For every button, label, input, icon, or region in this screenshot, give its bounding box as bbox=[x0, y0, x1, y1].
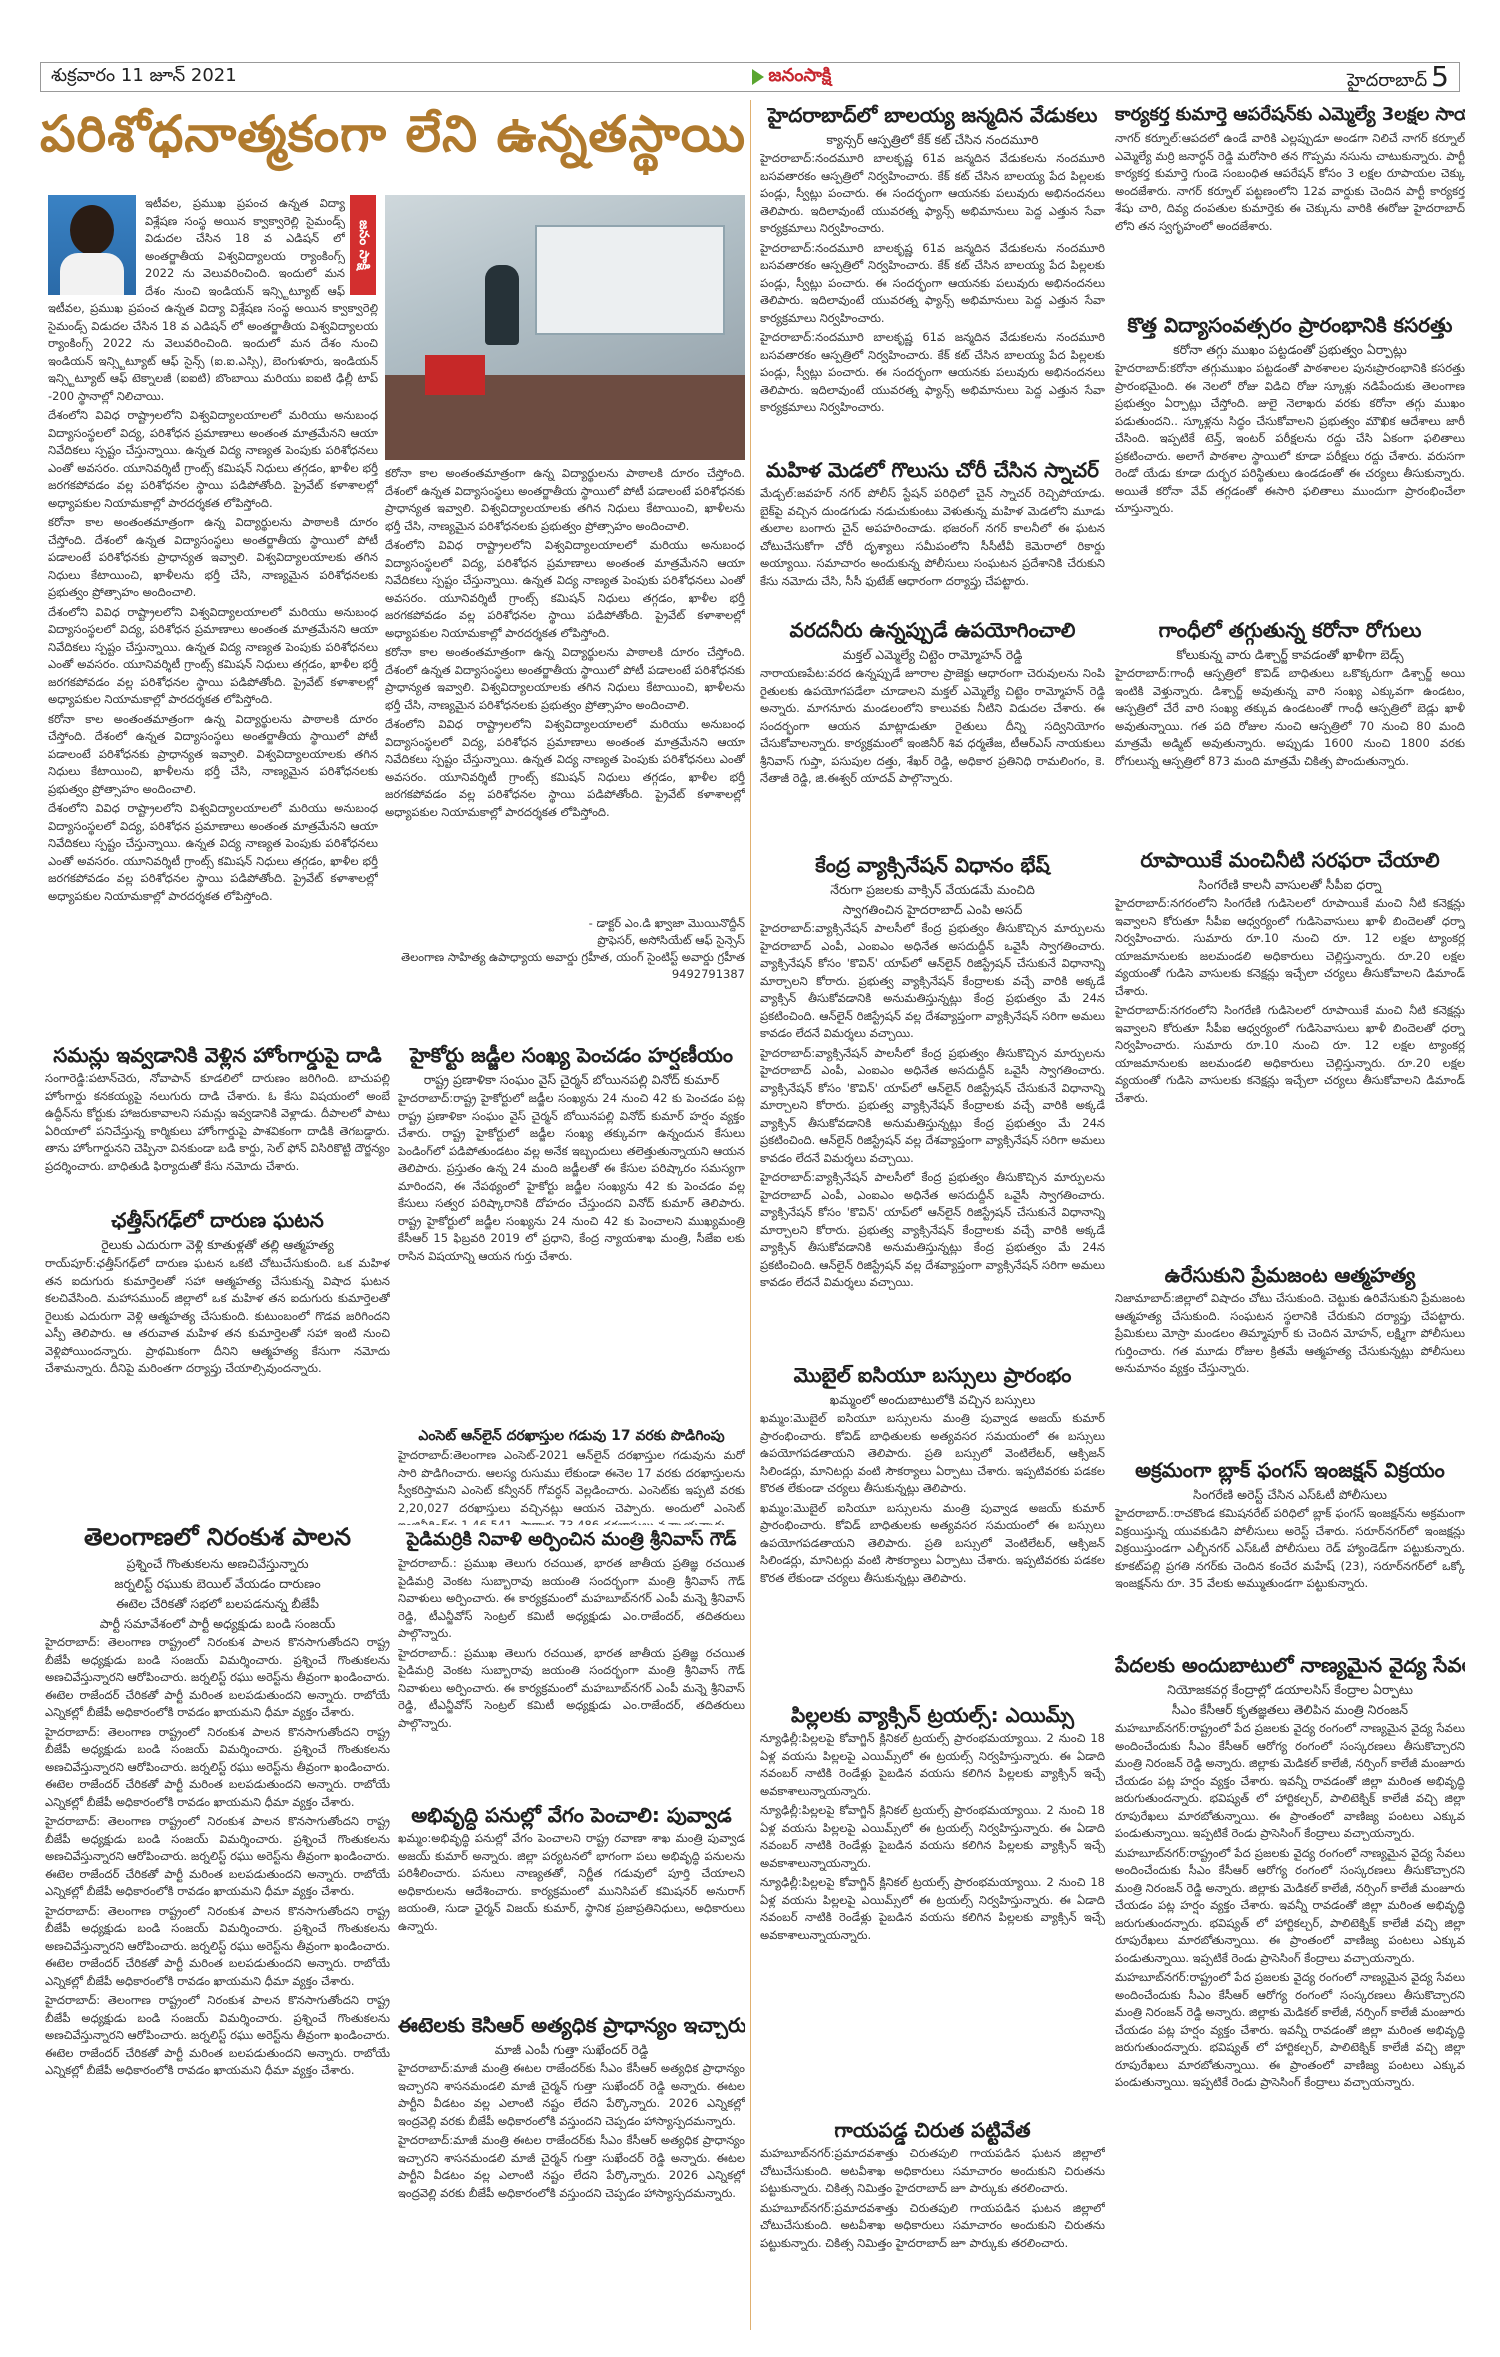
article-mla-help: కార్యకర్త కుమార్తె ఆపరేషన్‌కు ఎమ్మెల్యే … bbox=[1115, 100, 1465, 305]
lead-headline: పరిశోధనాత్మకంగా లేని ఉన్నతస్థాయి విద్య bbox=[40, 105, 745, 175]
article-mobile-icu: మొబైల్ ఐసియూ బస్సులు ప్రారంభం ఖమ్మంలో అం… bbox=[760, 1360, 1105, 1690]
author-photo bbox=[48, 195, 136, 295]
article-vaccination-policy: కేంద్ర వ్యాక్సినేషన్ విధానం భేష్ నేరుగా … bbox=[760, 850, 1105, 1355]
lead-body-col2: కరోనా కాల అంతంతమాత్రంగా ఉన్న విద్యార్థుల… bbox=[385, 465, 745, 905]
newspaper-logo: జనంసాక్షి bbox=[752, 65, 831, 90]
article-black-fungus: అక్రమంగా బ్లాక్ ఫంగస్ ఇంజక్షన్ విక్రయం స… bbox=[1115, 1455, 1465, 1645]
article-lovers-suicide: ఉరేసుకుని ప్రేమజంట ఆత్మహత్య నిజామాబాద్:జ… bbox=[1115, 1260, 1465, 1460]
article-chhattisgarh: ఛత్తీస్‌గఢ్‌లో దారుణ ఘటన రైలుకు ఎదురుగా … bbox=[45, 1205, 390, 1505]
article-water-supply: రూపాయికే మంచినీటి సరఫరా చేయాలి సింగరేణి … bbox=[1115, 845, 1465, 1130]
article-gandhi-corona: గాంధీలో తగ్గుతున్న కరోనా రోగులు కోలుకున్… bbox=[1115, 615, 1465, 840]
lead-body-col1: ఇటీవల, ప్రముఖ ప్రపంచ ఉన్నత విద్యా విశ్లే… bbox=[48, 300, 378, 1020]
page-header: శుక్రవారం 11 జూన్ 2021 జనంసాక్షి హైదరాబా… bbox=[40, 62, 1460, 92]
article-paidimarri: పైడిమర్రికి నివాళి అర్పించిన మంత్రి శ్రీ… bbox=[398, 1525, 745, 1795]
page-number: 5 bbox=[1431, 60, 1449, 93]
article-flood-water: వరదనీరు ఉన్నప్పుడే ఉపయోగించాలి మక్తల్ ఎమ… bbox=[760, 615, 1105, 845]
janam-sakshi-badge: జనం సాక్షి bbox=[350, 195, 376, 295]
article-leopard: గాయపడ్డ చిరుత పట్టివేత మహబూబ్‌నగర్:ప్రమా… bbox=[760, 2115, 1105, 2330]
article-health-services: పేదలకు అందుబాటులో నాణ్యమైన వైద్య సేవలు న… bbox=[1115, 1650, 1465, 2330]
article-eamcet: ఎంసెట్ ఆన్‌లైన్ దరఖాస్తుల గడువు 17 వరకు … bbox=[398, 1425, 745, 1525]
article-development-works: అభివృద్ధి పనుల్లో వేగం పెంచాలి: పువ్వాడ … bbox=[398, 1800, 745, 2000]
article-telangana-rule: తెలంగాణలో నిరంకుశ పాలన ప్రశ్నించే గొంతుక… bbox=[45, 1520, 390, 2330]
article-academic-year: కొత్త విద్యాసంవత్సరం ప్రారంభానికి కసరత్త… bbox=[1115, 310, 1465, 610]
logo-triangle-icon bbox=[752, 69, 764, 85]
article-home-guard: సమన్లు ఇవ్వడానికి వెళ్లిన హోంగార్డుపై దా… bbox=[45, 1040, 390, 1200]
issue-date: శుక్రవారం 11 జూన్ 2021 bbox=[51, 65, 237, 90]
article-high-court-judges: హైకోర్టు జడ్జీల సంఖ్య పెంచడం హర్షణీయం రా… bbox=[398, 1040, 745, 1420]
article-etela: ఈటెలకు కెసిఆర్ అత్యధిక ప్రాధాన్యం ఇచ్చార… bbox=[398, 2010, 745, 2330]
article-balayya: హైదరాబాద్‌లో బాలయ్య జన్మదిన వేడుకలు క్యా… bbox=[760, 100, 1105, 450]
lead-intro: ఇటీవల, ప్రముఖ ప్రపంచ ఉన్నత విద్యా విశ్లే… bbox=[145, 195, 345, 300]
page-city: హైదరాబాద్5 bbox=[1347, 60, 1449, 95]
classroom-photo bbox=[385, 195, 745, 460]
lead-byline: - డాక్టర్ ఎం.డి ఖ్వాజా మొయినొద్దీన్ ప్రొ… bbox=[385, 915, 745, 983]
article-kids-vaccine-trial: పిల్లలకు వ్యాక్సిన్ ట్రయల్స్: ఎయిమ్స్ న్… bbox=[760, 1700, 1105, 2090]
article-chain-snatcher: మహిళ మెడలో గొలుసు చోరీ చేసిన స్నాచర్ మేడ… bbox=[760, 455, 1105, 605]
column-divider bbox=[750, 100, 751, 2330]
